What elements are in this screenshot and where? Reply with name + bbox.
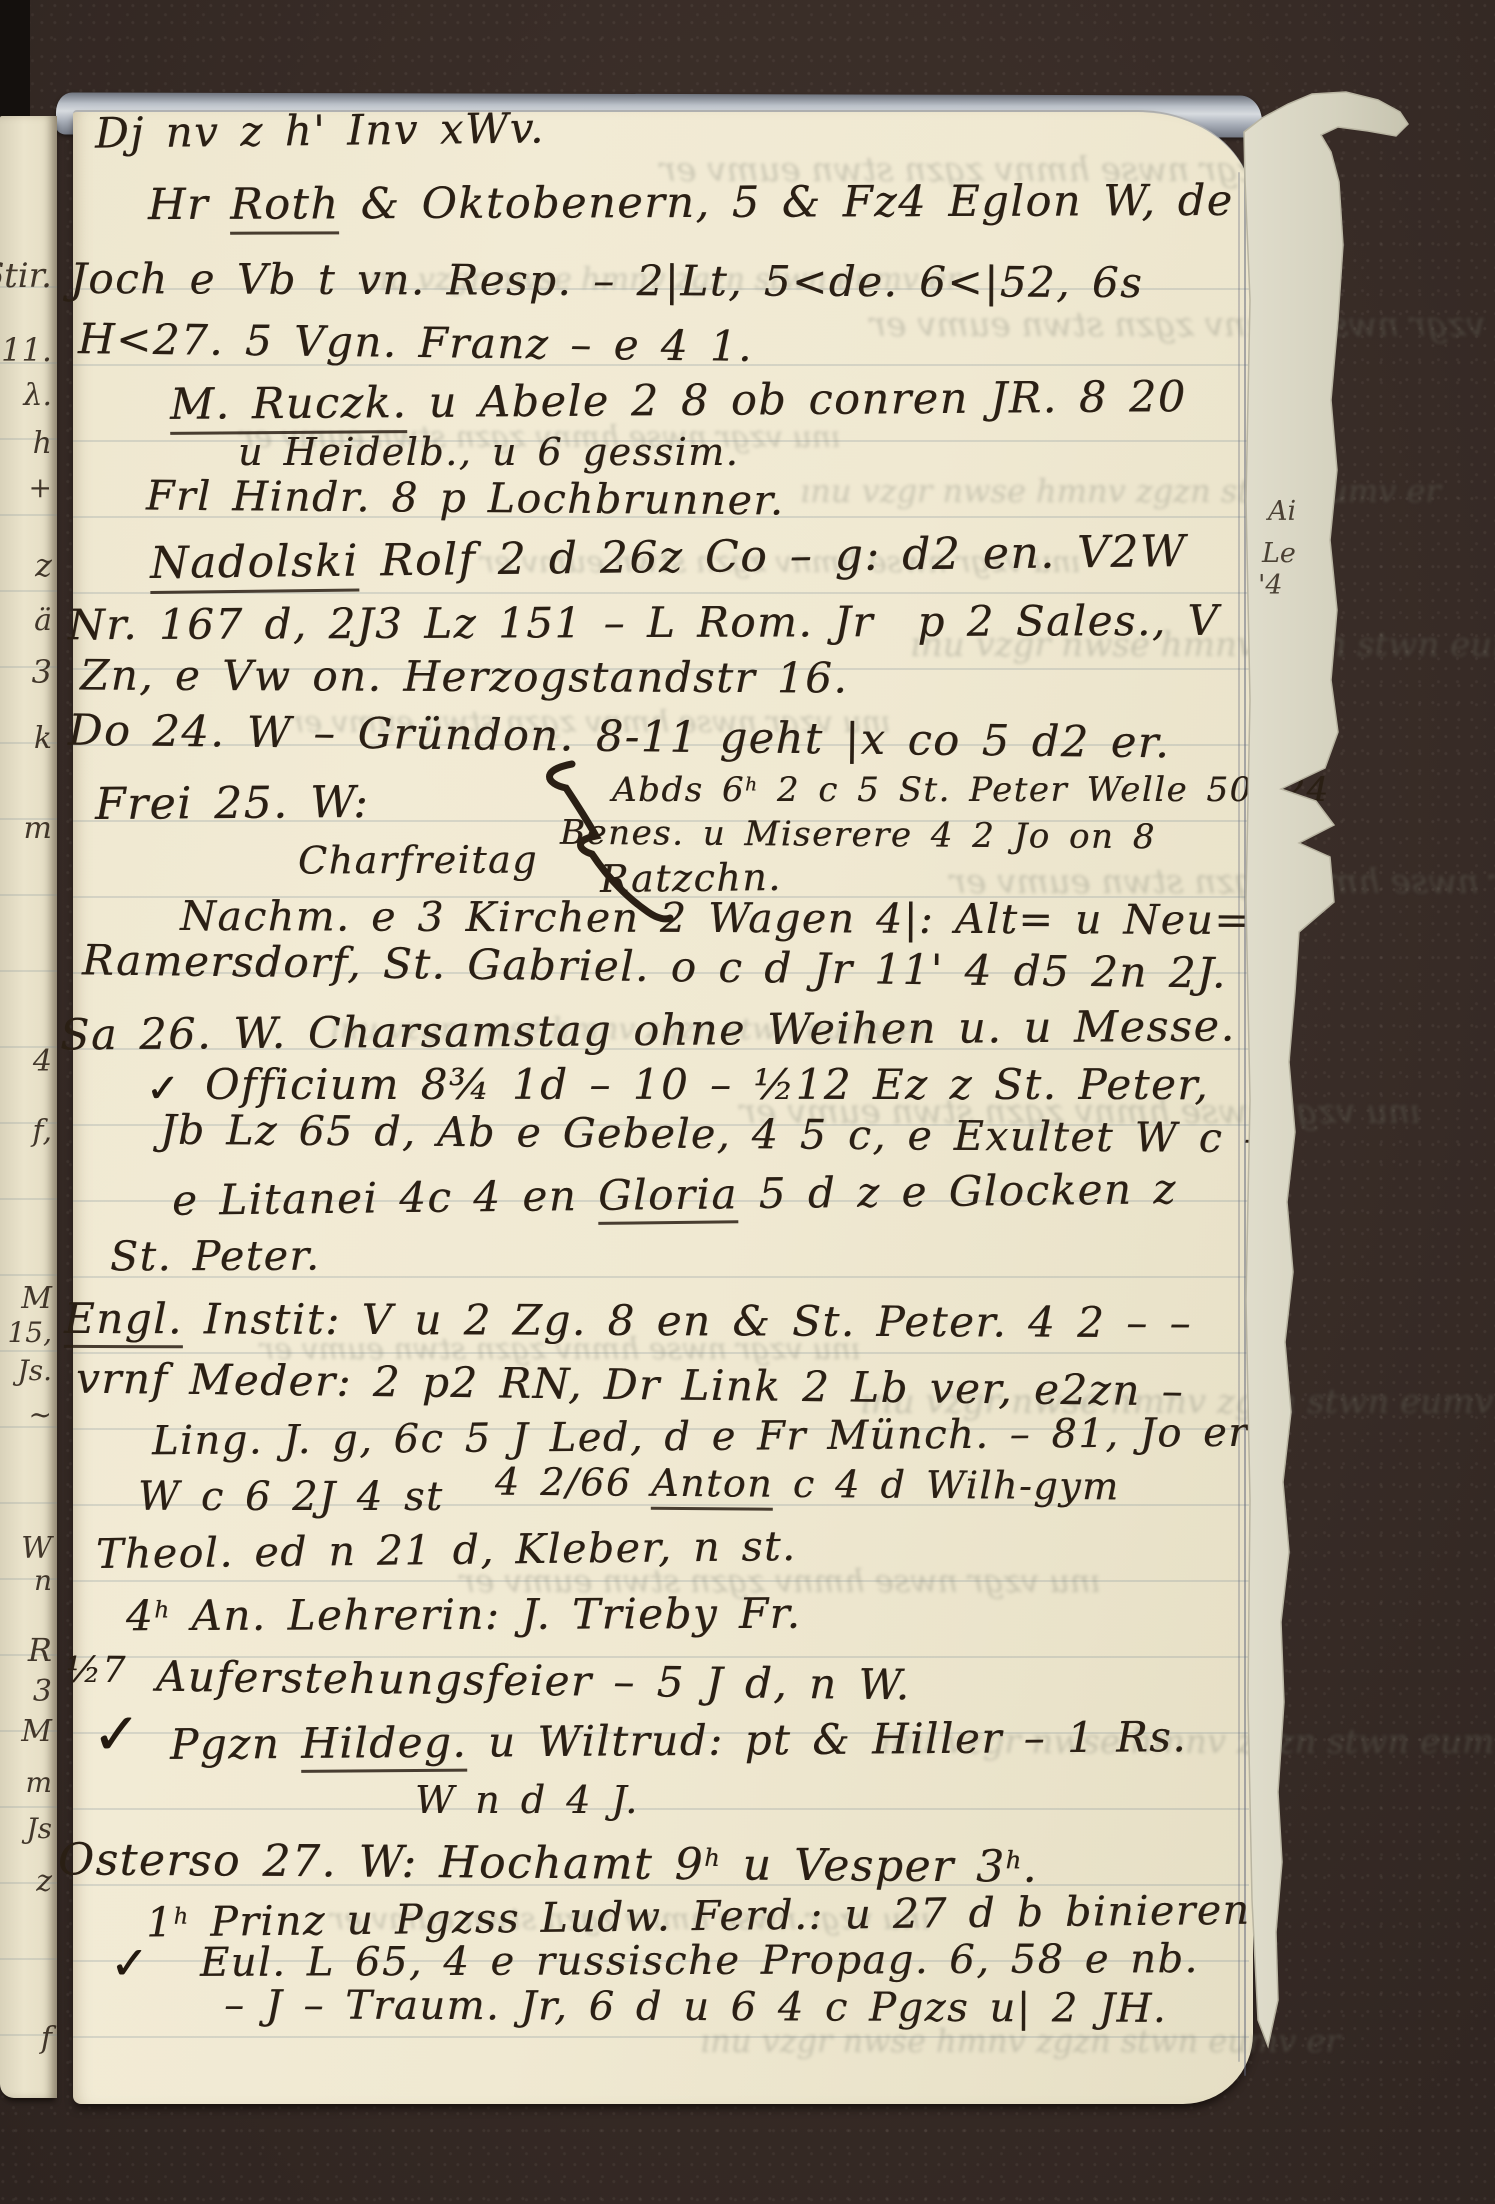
facing-page-text-fragment: R (28, 1631, 52, 1669)
facing-page-text-fragment: ~ (29, 1398, 52, 1431)
page-edge-line (1244, 156, 1246, 2076)
facing-page-text-fragment: 3 (33, 1674, 52, 1709)
facing-page-text-fragment: Js (26, 1812, 52, 1845)
facing-page-text-fragment: f (41, 2021, 52, 2056)
facing-page-text-fragment: 4 (33, 1044, 52, 1079)
facing-page-text-fragment: m (24, 811, 52, 846)
facing-page-text-fragment: M (21, 1714, 52, 1749)
facing-page-text-fragment: h (33, 426, 52, 461)
facing-page-text-fragment: Js. (18, 1354, 53, 1387)
diary-page (73, 110, 1253, 2104)
facing-page-text-fragment: 6tir. (0, 256, 52, 296)
torn-stub-text-fragment: Ai (1268, 496, 1296, 527)
facing-page-text-fragment: f, (32, 1114, 52, 1149)
facing-page-text-fragment: z (35, 546, 52, 584)
facing-page-text-fragment: + (29, 471, 52, 504)
facing-page-text-fragment: k (34, 721, 52, 756)
facing-page-text-fragment: 11. (1, 331, 52, 369)
torn-page-stub (1244, 92, 1408, 2046)
facing-page-text-fragment: 3 (32, 653, 52, 691)
ruled-lines (73, 214, 1249, 2074)
facing-page-text-fragment: n (34, 1564, 52, 1597)
facing-page-text-fragment: M (21, 1281, 52, 1316)
facing-page-text-fragment: W (21, 1531, 52, 1566)
page-edge-line (1238, 172, 1240, 2062)
facing-page-text-fragment: ä (34, 603, 52, 638)
facing-page-text-fragment: z (36, 1864, 52, 1899)
facing-page-text-fragment: 15, (7, 1316, 52, 1349)
facing-page-text-fragment: m (25, 1766, 52, 1799)
torn-stub-text-fragment: '4 (1258, 570, 1283, 601)
torn-stub-text-fragment: Le (1262, 538, 1296, 569)
facing-page-text-fragment: λ. (23, 378, 52, 413)
facing-page-sliver: 6tir.11.λ.h+zä3km4f,M15,Js.~WnR3MmJszf (0, 116, 57, 2098)
notebook-photo: 6tir.11.λ.h+zä3km4f,M15,Js.~WnR3MmJszf ı… (0, 0, 1495, 2204)
